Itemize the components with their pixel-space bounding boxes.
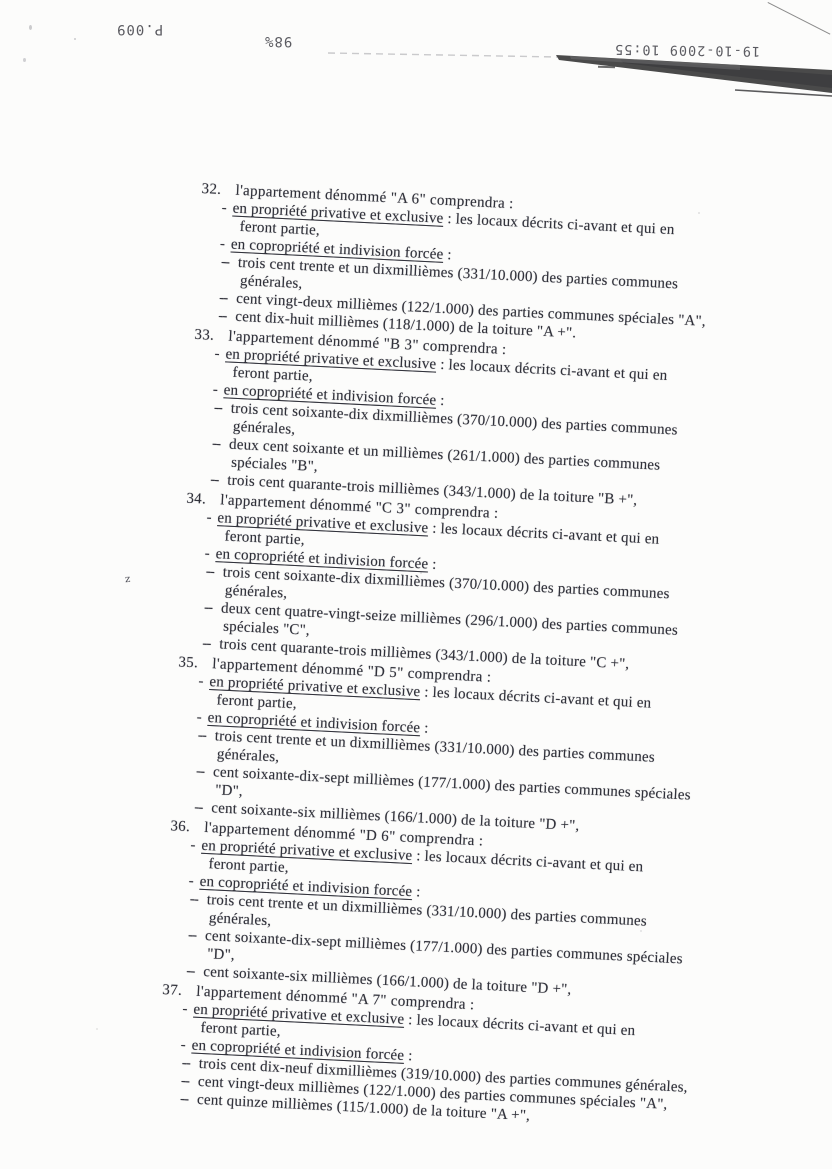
document-body: 32.l'appartement dénommé "A 6" comprendr… <box>157 180 782 1137</box>
clause-text: : <box>436 393 445 409</box>
list-item-34: 34.l'appartement dénommé "C 3" comprendr… <box>179 490 766 680</box>
clause-text: : <box>412 884 421 900</box>
item-number: 32. <box>201 180 236 200</box>
item-number: 33. <box>194 326 229 346</box>
double-dash-bullet: -- <box>202 635 220 654</box>
list-item-33: 33.l'appartement dénommé "B 3" comprendr… <box>187 326 774 516</box>
dash-bullet: - <box>196 708 208 727</box>
double-dash-bullet: -- <box>188 926 206 945</box>
fax-page-number: P.009 <box>116 21 163 37</box>
double-dash-bullet: -- <box>204 599 222 618</box>
scanned-fax-page: P.009 98% 19-10-2009 10:55 z 32.l'appart… <box>0 0 832 1169</box>
double-dash-bullet: -- <box>212 435 230 454</box>
scan-speckle <box>96 1028 98 1030</box>
list-item-35: 35.l'appartement dénommé "D 5" comprendr… <box>171 653 758 843</box>
double-dash-bullet: -- <box>221 253 239 272</box>
clause-text: : <box>404 1048 413 1064</box>
scan-speckle <box>74 38 76 40</box>
double-dash-bullet: -- <box>196 762 214 781</box>
dash-bullet: - <box>219 235 231 254</box>
double-dash-bullet: -- <box>181 1054 199 1073</box>
item-number: 36. <box>170 817 205 837</box>
item-number: 35. <box>178 653 213 673</box>
double-dash-bullet: -- <box>219 289 237 308</box>
double-dash-bullet: -- <box>210 471 228 490</box>
list-item-32: 32.l'appartement dénommé "A 6" comprendr… <box>195 180 781 352</box>
double-dash-bullet: -- <box>186 962 204 981</box>
page-corner-edge <box>767 2 830 35</box>
fax-transmission-quality: 98% <box>264 33 292 49</box>
scan-streak-artifact <box>320 40 832 104</box>
clause-text: : <box>420 720 429 736</box>
dash-bullet: - <box>214 345 226 364</box>
item-number: 37. <box>162 981 197 1001</box>
scan-speckle <box>29 25 32 30</box>
clause-text: : <box>443 247 452 263</box>
list-item-37: 37.l'appartement dénommé "A 7" comprendr… <box>157 981 742 1135</box>
double-dash-bullet: -- <box>194 798 212 817</box>
double-dash-bullet: -- <box>197 726 215 745</box>
double-dash-bullet: -- <box>213 399 231 418</box>
double-dash-bullet: -- <box>189 890 207 909</box>
double-dash-bullet: -- <box>218 307 236 326</box>
double-dash-bullet: -- <box>181 1072 199 1091</box>
item-number: 34. <box>186 490 221 510</box>
scan-speckle <box>23 58 26 62</box>
double-dash-bullet: -- <box>205 563 223 582</box>
clause-text: : <box>428 557 437 573</box>
scan-smudge: z <box>125 574 134 585</box>
list-item-36: 36.l'appartement dénommé "D 6" comprendr… <box>163 817 750 1007</box>
double-dash-bullet: -- <box>180 1090 198 1109</box>
